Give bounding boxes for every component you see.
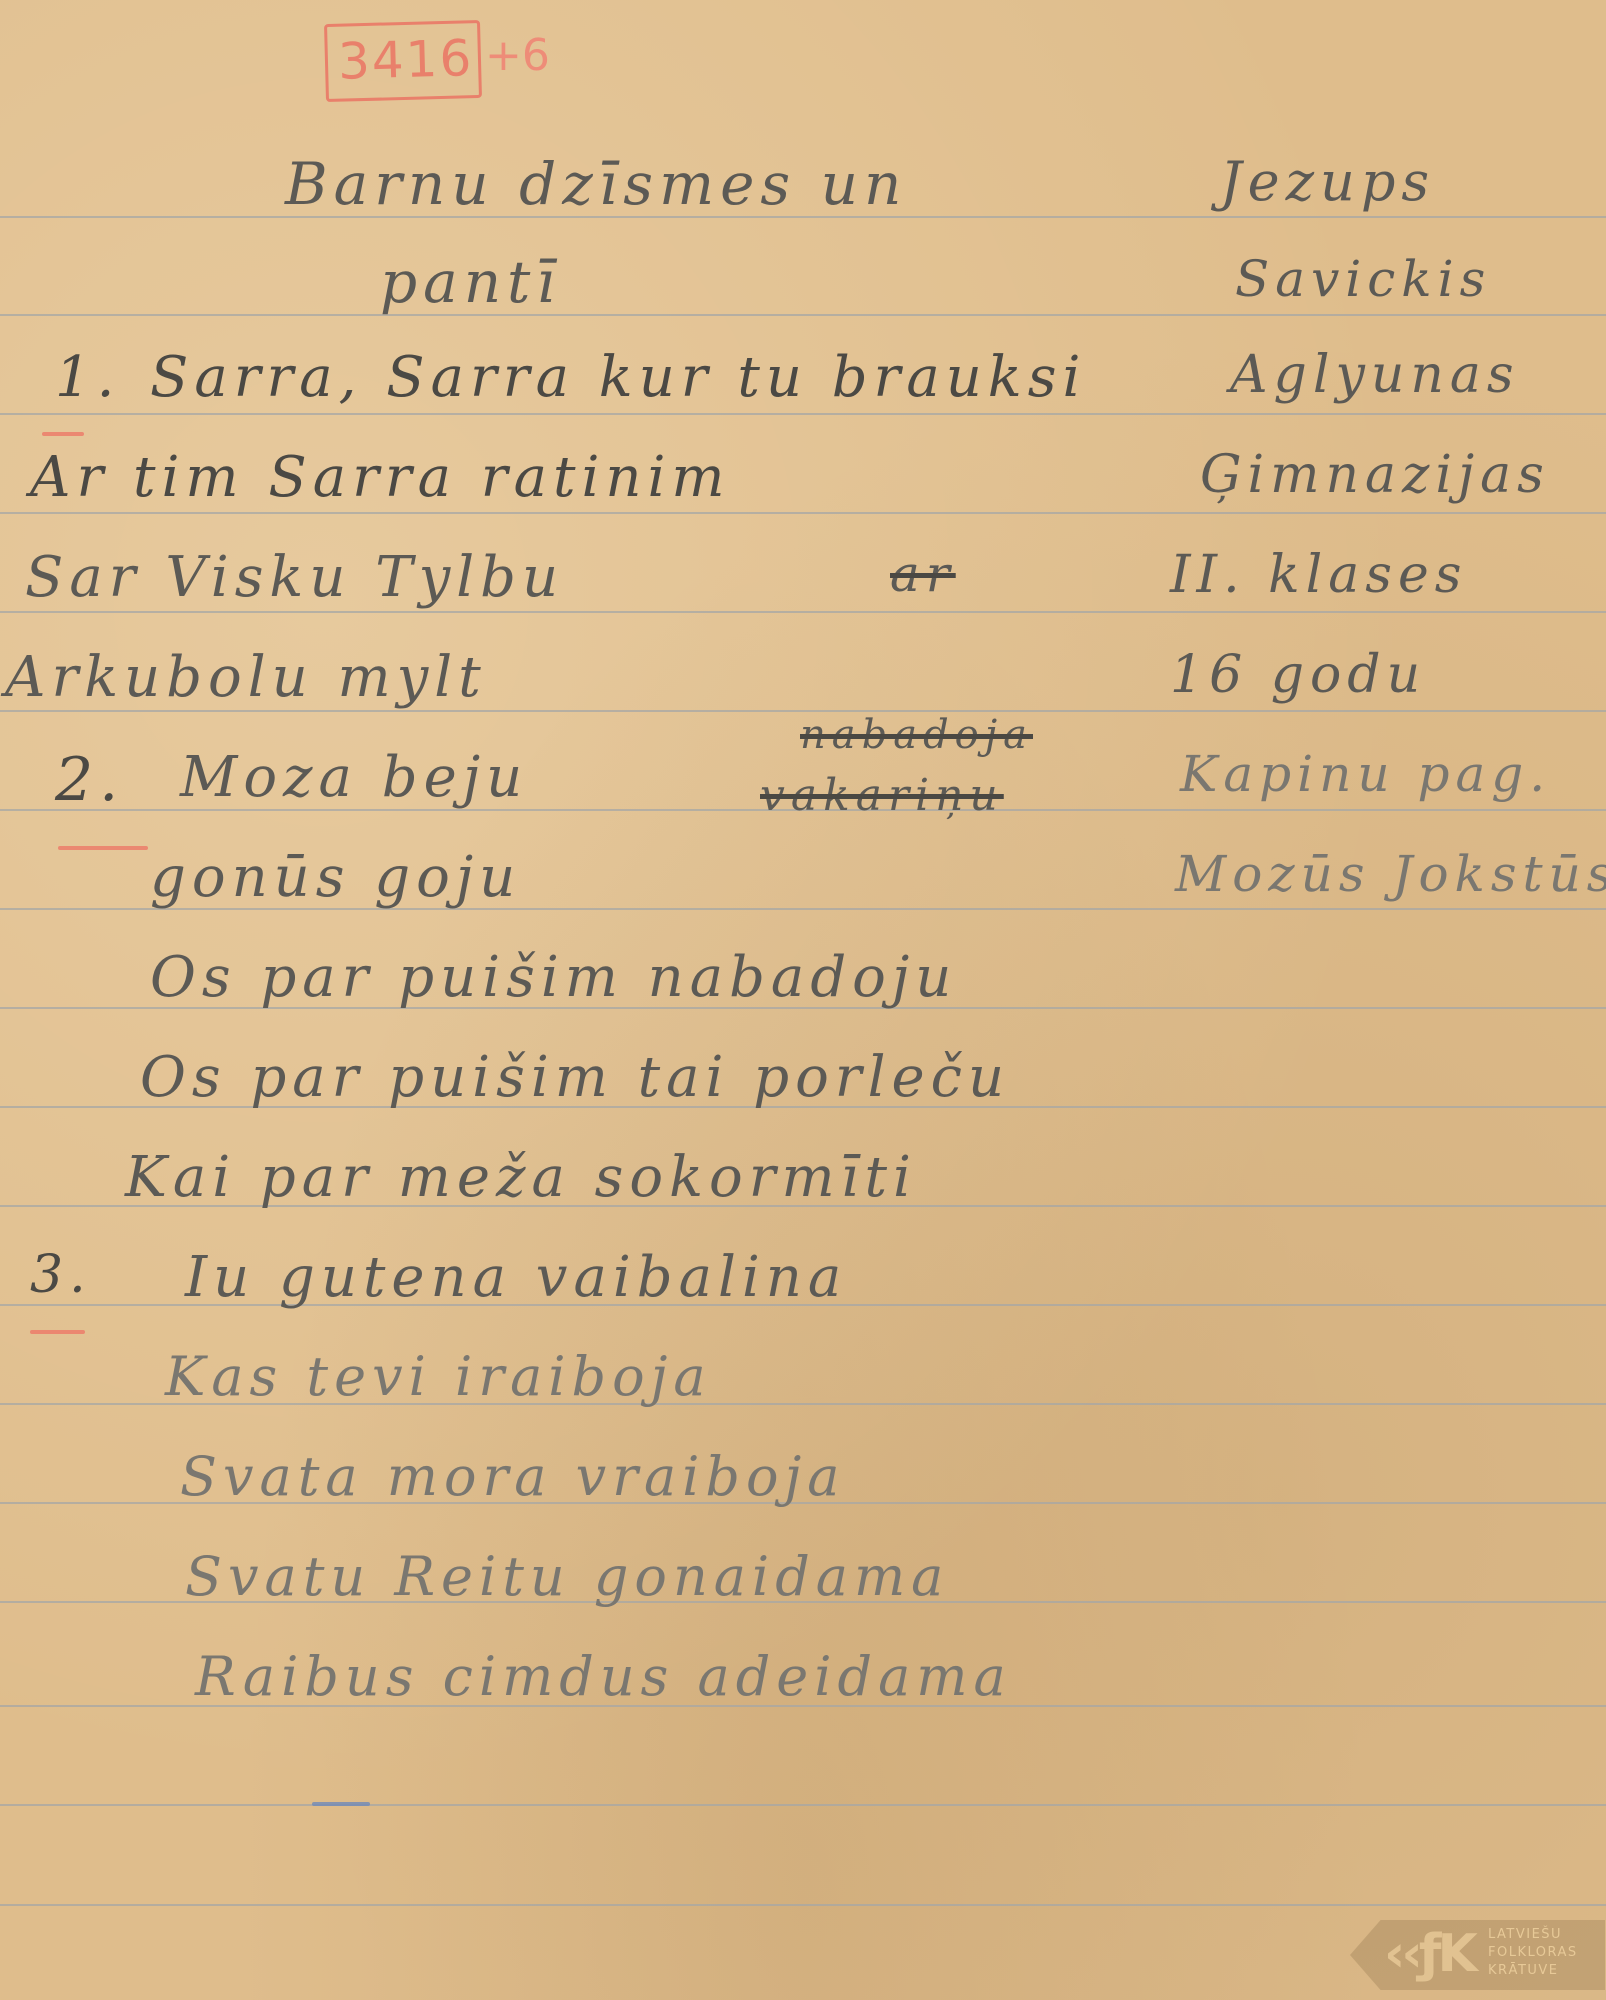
blue-ink-mark bbox=[312, 1802, 370, 1806]
verse-3-line-2: Kas tevi iraiboja bbox=[165, 1345, 712, 1408]
verse-1-line-1: Sarra, Sarra kur tu brauksi bbox=[150, 345, 1086, 410]
verse-2-line-4: Os par puišim tai porleču bbox=[140, 1045, 1010, 1110]
logo-icon: ‹‹ƒK bbox=[1384, 1924, 1474, 1984]
logo-badge: ‹‹ƒK LATVIEŠU FOLKLORAS KRĀTUVE bbox=[1350, 1920, 1605, 1990]
ruled-line bbox=[0, 512, 1606, 514]
author-school: Ģimnazijas bbox=[1200, 445, 1550, 505]
author-age: 16 godu bbox=[1170, 645, 1426, 705]
verse-2-line-3: Os par puišim nabadoju bbox=[150, 945, 957, 1010]
verse-3-line-3: Svata mora vraiboja bbox=[180, 1445, 845, 1508]
author-place: Aglyunas bbox=[1230, 345, 1520, 405]
verse-1-line-4: Arkubolu mylt bbox=[5, 645, 487, 710]
logo-text: LATVIEŠU FOLKLORAS KRĀTUVE bbox=[1488, 1926, 1578, 1980]
archive-stamp: 3416 bbox=[324, 20, 482, 102]
verse-2-line-2: gonūs goju bbox=[150, 845, 521, 910]
struck-word-lower: vakariņu bbox=[760, 770, 1004, 821]
ruled-line bbox=[0, 611, 1606, 613]
ruled-line bbox=[0, 314, 1606, 316]
author-village: Mozūs Jokstūs bbox=[1175, 845, 1606, 903]
title-line-2: pantī bbox=[380, 248, 561, 316]
struck-word-upper: nabadoja bbox=[800, 712, 1033, 758]
red-margin-mark bbox=[58, 846, 148, 850]
ruled-line bbox=[0, 1804, 1606, 1806]
author-class: II. klases bbox=[1170, 545, 1467, 605]
archive-suffix: +6 bbox=[485, 30, 550, 81]
verse-1-line-3: Sar Visku Tylbu bbox=[25, 545, 564, 610]
verse-2-line-5: Kai par meža sokormīti bbox=[125, 1145, 917, 1210]
logo-line-1: LATVIEŠU bbox=[1488, 1926, 1578, 1944]
verse-2-line-1: Moza beju bbox=[180, 745, 528, 810]
logo-line-2: FOLKLORAS bbox=[1488, 1944, 1578, 1962]
verse-3-line-5: Raibus cimdus adeidama bbox=[195, 1645, 1012, 1708]
author-first-name: Jezups bbox=[1220, 150, 1435, 213]
red-margin-mark bbox=[30, 1330, 85, 1334]
struck-word: ar bbox=[890, 545, 956, 603]
logo-line-3: KRĀTUVE bbox=[1488, 1962, 1578, 1980]
manuscript-page: 3416 +6 Barnu dzīsmes un pantī Jezups Sa… bbox=[0, 0, 1606, 2000]
author-last-name: Savickis bbox=[1235, 250, 1491, 308]
archive-number: 3416 bbox=[337, 29, 474, 91]
verse-1-line-2: Ar tim Sarra ratinim bbox=[30, 445, 730, 510]
red-margin-mark bbox=[42, 432, 84, 436]
verse-3-line-4: Svatu Reitu gonaidama bbox=[185, 1545, 949, 1608]
author-parish: Kapinu pag. bbox=[1180, 745, 1551, 803]
title-line-1: Barnu dzīsmes un bbox=[285, 150, 907, 218]
ruled-line bbox=[0, 1904, 1606, 1906]
verse-1-number: 1. bbox=[55, 345, 120, 410]
ruled-line bbox=[0, 413, 1606, 415]
verse-3-number: 3. bbox=[30, 1245, 92, 1305]
archive-logo: ‹‹ƒK LATVIEŠU FOLKLORAS KRĀTUVE bbox=[1350, 1918, 1605, 1992]
verse-3-line-1: Iu gutena vaibalina bbox=[185, 1245, 847, 1310]
verse-2-number: 2. bbox=[55, 745, 124, 815]
